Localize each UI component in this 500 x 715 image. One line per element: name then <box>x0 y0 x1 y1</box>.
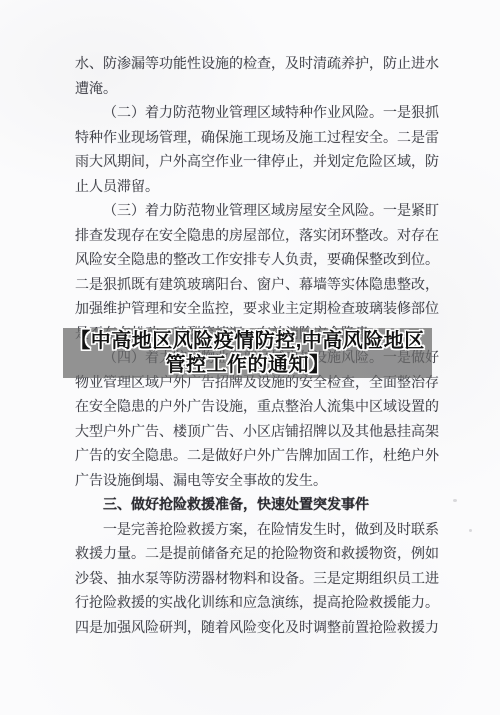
scan-artifact <box>453 499 457 502</box>
paragraph-closing: 一是完善抢险救援方案，在险情发生时，做到及时联系救援力量。二是提前储备充足的抢险… <box>75 519 439 642</box>
title-overlay-banner: 【中高地区风险疫情防控,中高风险地区管控工作的通知】 <box>63 328 432 378</box>
scan-artifact <box>469 529 472 532</box>
paragraph-section-3: （三）着力防范物业管理区域房屋安全风险。一是紧盯排查发现存在安全隐患的房屋部位，… <box>75 200 439 347</box>
section-heading: 三、做好抢险救援准备，快速处置突发事件 <box>75 494 439 519</box>
paragraph-continuation: 水、防渗漏等功能性设施的检查，及时清疏养护，防止进水遭淹。 <box>75 53 439 102</box>
scanned-document-page: 水、防渗漏等功能性设施的检查，及时清疏养护，防止进水遭淹。 （二）着力防范物业管… <box>0 0 500 715</box>
overlay-title-text: 【中高地区风险疫情防控,中高风险地区管控工作的通知】 <box>63 329 432 377</box>
paragraph-section-2: （二）着力防范物业管理区域特种作业风险。一是狠抓特种作业现场管理，确保施工现场及… <box>75 102 439 200</box>
